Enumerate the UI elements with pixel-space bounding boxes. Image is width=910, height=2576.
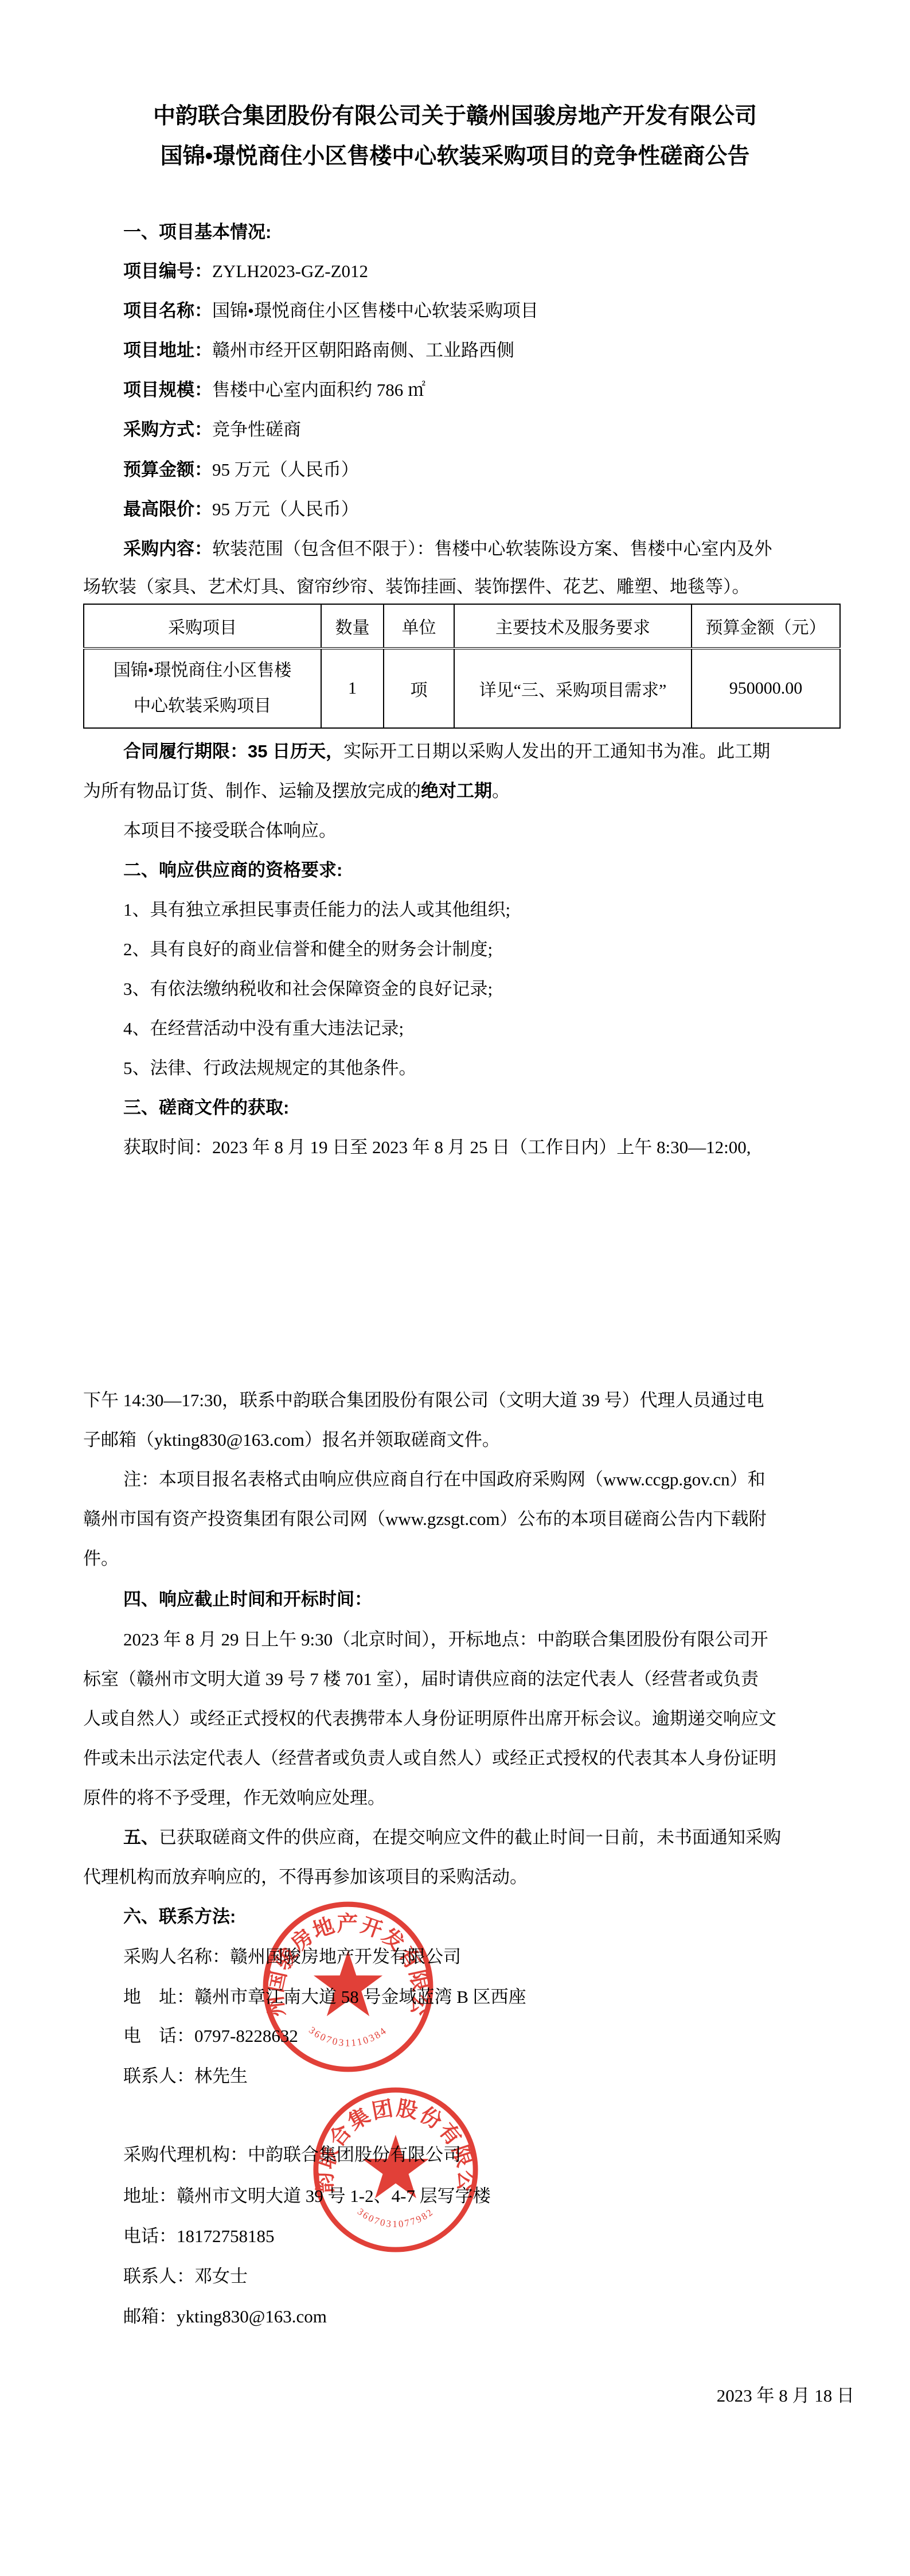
section5-number: 五、 [123, 1827, 159, 1847]
procurement-items-table: 采购项目 数量 单位 主要技术及服务要求 预算金额（元） 国锦•璟悦商住小区售楼… [83, 604, 841, 729]
seal-star-icon [314, 1951, 382, 2016]
deadline-line3: 人或自然人）或经正式授权的代表携带本人身份证明原件出席开标会议。逾期递交响应文 [83, 1699, 854, 1738]
seal-number-text: 3607031077982 [356, 2206, 436, 2229]
field-project-address-value: 赣州市经开区朝阳路南侧、工业路西侧 [212, 340, 514, 360]
table-header-requirements: 主要技术及服务要求 [454, 604, 692, 648]
registration-note-line1: 注：本项目报名表格式由响应供应商自行在中国政府采购网（www.ccgp.gov.… [83, 1460, 895, 1499]
section4-heading-text: 四、响应截止时间和开标时间： [123, 1589, 372, 1609]
field-max-price: 最高限价：95 万元（人民币） [83, 489, 895, 529]
acquisition-time-line1: 获取时间：2023 年 8 月 19 日至 2023 年 8 月 25 日（工作… [83, 1127, 895, 1167]
section6-heading-text: 六、联系方法: [123, 1906, 236, 1927]
section2-heading-text: 二、响应供应商的资格要求: [123, 860, 342, 880]
field-procurement-content-value: 软装范围（包含但不限于）：售楼中心软装陈设方案、售楼中心室内及外 [212, 539, 772, 559]
field-project-number-label: 项目编号： [123, 261, 212, 281]
field-project-address-label: 项目地址： [123, 340, 212, 360]
field-project-scale-label: 项目规模： [123, 380, 212, 400]
table-row: 国锦•璟悦商住小区售楼 中心软装采购项目 1 项 详见“三、采购项目需求” 95… [84, 648, 840, 728]
deadline-line4: 件或未出示法定代表人（经营者或负责人或自然人）或经正式授权的代表其本人身份证明 [83, 1738, 854, 1778]
qualification-item-5: 5、法律、行政法规规定的其他条件。 [83, 1048, 895, 1088]
field-project-number-value: ZYLH2023-GZ-Z012 [212, 261, 368, 281]
purchaser-name-line: 采购人名称：赣州国骏房地产开发有限公司 [83, 1937, 895, 1976]
agency-address-line: 地址：赣州市文明大道 39 号 1-2、4-7 层写字楼 [83, 2176, 895, 2216]
deadline-line2: 标室（赣州市文明大道 39 号 7 楼 701 室），届时请供应商的法定代表人（… [83, 1659, 854, 1699]
field-project-name-value: 国锦•璟悦商住小区售楼中心软装采购项目 [212, 301, 538, 321]
table-cell-item-line1: 国锦•璟悦商住小区售楼 [88, 653, 317, 688]
field-project-scale: 项目规模：售楼中心室内面积约 786 ㎡ [83, 370, 895, 410]
section1-heading-text: 一、项目基本情况: [123, 222, 271, 242]
field-max-price-label: 最高限价： [123, 499, 212, 519]
purchaser-phone-line: 电 话：0797-8228632 [83, 2016, 895, 2056]
contract-period-bold: 合同履行期限：35 日历天， [123, 741, 343, 761]
field-budget-amount-label: 预算金额： [123, 460, 212, 480]
table-header-item: 采购项目 [84, 604, 321, 648]
contract-period-line2-post: 。 [492, 781, 510, 801]
agency-phone-line: 电话：18172758185 [83, 2216, 895, 2256]
registration-note-line2: 赣州市国有资产投资集团有限公司网（www.gzsgt.com）公布的本项目磋商公… [83, 1499, 854, 1539]
field-procurement-method-value: 竞争性磋商 [212, 419, 301, 439]
field-procurement-method: 采购方式：竞争性磋商 [83, 410, 895, 449]
deadline-line1: 2023 年 8 月 29 日上午 9:30（北京时间），开标地点：中韵联合集团… [83, 1620, 895, 1659]
seal-number-text: 3607031110384 [307, 2025, 389, 2049]
qualification-item-2: 2、具有良好的商业信誉和健全的财务会计制度; [83, 929, 895, 969]
field-max-price-value: 95 万元（人民币） [212, 499, 359, 519]
qualification-item-4: 4、在经营活动中没有重大违法记录; [83, 1009, 895, 1048]
contract-absolute-term: 绝对工期 [421, 781, 492, 801]
agency-name-line: 采购代理机构：中韵联合集团股份有限公司 [83, 2135, 895, 2174]
announcement-date: 2023 年 8 月 18 日 [83, 2376, 854, 2415]
withdrawal-line1-text: 已获取磋商文件的供应商，在提交响应文件的截止时间一日前，未书面通知采购 [159, 1827, 781, 1847]
table-header-row: 采购项目 数量 单位 主要技术及服务要求 预算金额（元） [84, 604, 840, 648]
procurement-content-wrap-line: 场软装（家具、艺术灯具、窗帘纱帘、装饰挂画、装饰摆件、花艺、雕塑、地毯等）。 [83, 567, 854, 606]
field-project-address: 项目地址：赣州市经开区朝阳路南侧、工业路西侧 [83, 330, 895, 370]
field-procurement-content-label: 采购内容： [123, 539, 212, 559]
section2-heading: 二、响应供应商的资格要求: [83, 850, 895, 890]
qualification-item-3: 3、有依法缴纳税收和社会保障资金的良好记录; [83, 969, 895, 1009]
agency-email-line: 邮箱：ykting830@163.com [83, 2297, 895, 2336]
deadline-line5: 原件的将不予受理，作无效响应处理。 [83, 1778, 854, 1818]
section4-heading: 四、响应截止时间和开标时间： [83, 1579, 895, 1619]
purchaser-contact-line: 联系人：林先生 [83, 2056, 895, 2096]
table-cell-requirement: 详见“三、采购项目需求” [454, 648, 692, 728]
table-cell-item: 国锦•璟悦商住小区售楼 中心软装采购项目 [84, 648, 321, 728]
field-budget-amount: 预算金额：95 万元（人民币） [83, 450, 895, 489]
contract-period-line2-pre: 为所有物品订货、制作、运输及摆放完成的 [83, 781, 421, 801]
table-header-unit: 单位 [384, 604, 454, 648]
seal-number-textpath: 3607031077982 [356, 2206, 436, 2229]
field-project-name: 项目名称：国锦•璟悦商住小区售楼中心软装采购项目 [83, 291, 895, 330]
field-project-number: 项目编号：ZYLH2023-GZ-Z012 [83, 251, 895, 291]
table-cell-item-line2: 中心软装采购项目 [88, 688, 317, 724]
agency-contact-line: 联系人：邓女士 [83, 2256, 895, 2296]
purchaser-company-seal: 赣州国骏房地产开发有限公司 3607031110384 [260, 1899, 436, 2075]
field-project-name-label: 项目名称： [123, 301, 212, 321]
section1-heading: 一、项目基本情况: [83, 212, 895, 252]
table-header-quantity: 数量 [321, 604, 384, 648]
acquisition-time-line2: 下午 14:30—17:30，联系中韵联合集团股份有限公司（文明大道 39 号）… [83, 1380, 854, 1420]
seal-number-textpath: 3607031110384 [307, 2025, 389, 2049]
announcement-document: 中韵联合集团股份有限公司关于赣州国骏房地产开发有限公司 国锦•璟悦商住小区售楼中… [0, 0, 910, 2576]
seal-star-icon [362, 2135, 429, 2198]
section6-heading: 六、联系方法: [83, 1897, 895, 1936]
acquisition-time-line3: 子邮箱（ykting830@163.com）报名并领取磋商文件。 [83, 1420, 854, 1460]
registration-note-line3: 件。 [83, 1539, 854, 1578]
section3-heading-text: 三、磋商文件的获取: [123, 1098, 289, 1118]
contract-period-line1: 合同履行期限：35 日历天，实际开工日期以采购人发出的开工通知书为准。此工期 [83, 731, 895, 771]
no-consortium-line: 本项目不接受联合体响应。 [83, 811, 895, 850]
agency-company-seal: 中韵联合集团股份有限公司 3607031077982 [311, 2085, 481, 2255]
document-title-line-1: 中韵联合集团股份有限公司关于赣州国骏房地产开发有限公司 [0, 98, 910, 135]
field-procurement-content: 采购内容：软装范围（包含但不限于）：售楼中心软装陈设方案、售楼中心室内及外 [83, 529, 895, 569]
table-cell-quantity: 1 [321, 648, 384, 728]
table-cell-unit: 项 [384, 648, 454, 728]
section3-heading: 三、磋商文件的获取: [83, 1088, 895, 1127]
field-project-scale-value: 售楼中心室内面积约 786 ㎡ [212, 380, 425, 400]
document-title-line-2: 国锦•璟悦商住小区售楼中心软装采购项目的竞争性磋商公告 [0, 138, 910, 176]
table-cell-budget: 950000.00 [692, 648, 840, 728]
contract-period-rest: 实际开工日期以采购人发出的开工通知书为准。此工期 [343, 741, 770, 761]
field-budget-amount-value: 95 万元（人民币） [212, 460, 359, 480]
field-procurement-method-label: 采购方式： [123, 419, 212, 439]
withdrawal-line2: 代理机构而放弃响应的，不得再参加该项目的采购活动。 [83, 1857, 854, 1897]
withdrawal-line1: 五、已获取磋商文件的供应商，在提交响应文件的截止时间一日前，未书面通知采购 [83, 1818, 895, 1857]
purchaser-address-line: 地 址：赣州市章江南大道 58 号金域蓝湾 B 区西座 [83, 1977, 895, 2017]
contract-period-line2: 为所有物品订货、制作、运输及摆放完成的绝对工期。 [83, 771, 854, 811]
table-header-budget: 预算金额（元） [692, 604, 840, 648]
qualification-item-1: 1、具有独立承担民事责任能力的法人或其他组织; [83, 890, 895, 929]
